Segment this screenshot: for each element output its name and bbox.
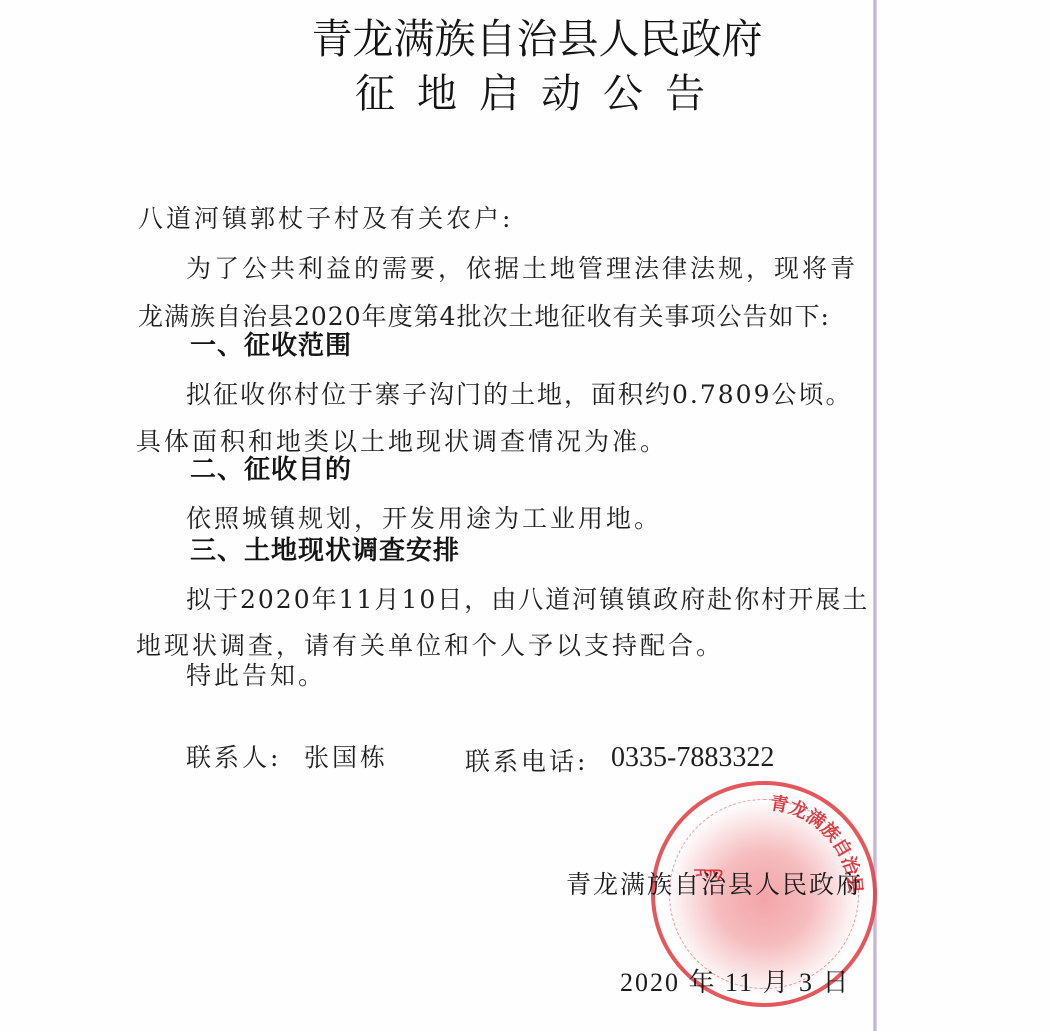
intro-line-1: 为了公共利益的需要，依据土地管理法律法规，现将青 <box>186 249 858 285</box>
contact-phone: 0335-7883322 <box>611 742 774 774</box>
closing-text: 特此告知。 <box>186 656 326 692</box>
contact-person-name: 张国栋 <box>304 738 388 774</box>
addressee: 八道河镇郭杖子村及有关农户: <box>138 199 513 235</box>
document-title: 青龙满族自治县人民政府 <box>0 6 1052 65</box>
issue-date: 2020 年 11 月 3 日 <box>620 962 851 999</box>
contact-person-label: 联系人: <box>186 738 281 774</box>
section-heading-purpose: 二、征收目的 <box>190 449 352 486</box>
section-scope-line-1: 拟征收你村位于寨子沟门的土地，面积约0.7809公顷。 <box>186 375 852 411</box>
contact-phone-label: 联系电话: <box>465 742 588 778</box>
issuer-signature: 青龙满族自治县人民政府 <box>566 865 863 901</box>
document-subtitle: 征地启动公告 <box>0 62 1052 119</box>
section-survey-line-1: 拟于2020年11月10日，由八道河镇镇政府赴你村开展土 <box>186 580 869 616</box>
section-heading-scope: 一、征收范围 <box>190 325 352 362</box>
section-heading-survey: 三、土地现状调查安排 <box>190 530 460 567</box>
